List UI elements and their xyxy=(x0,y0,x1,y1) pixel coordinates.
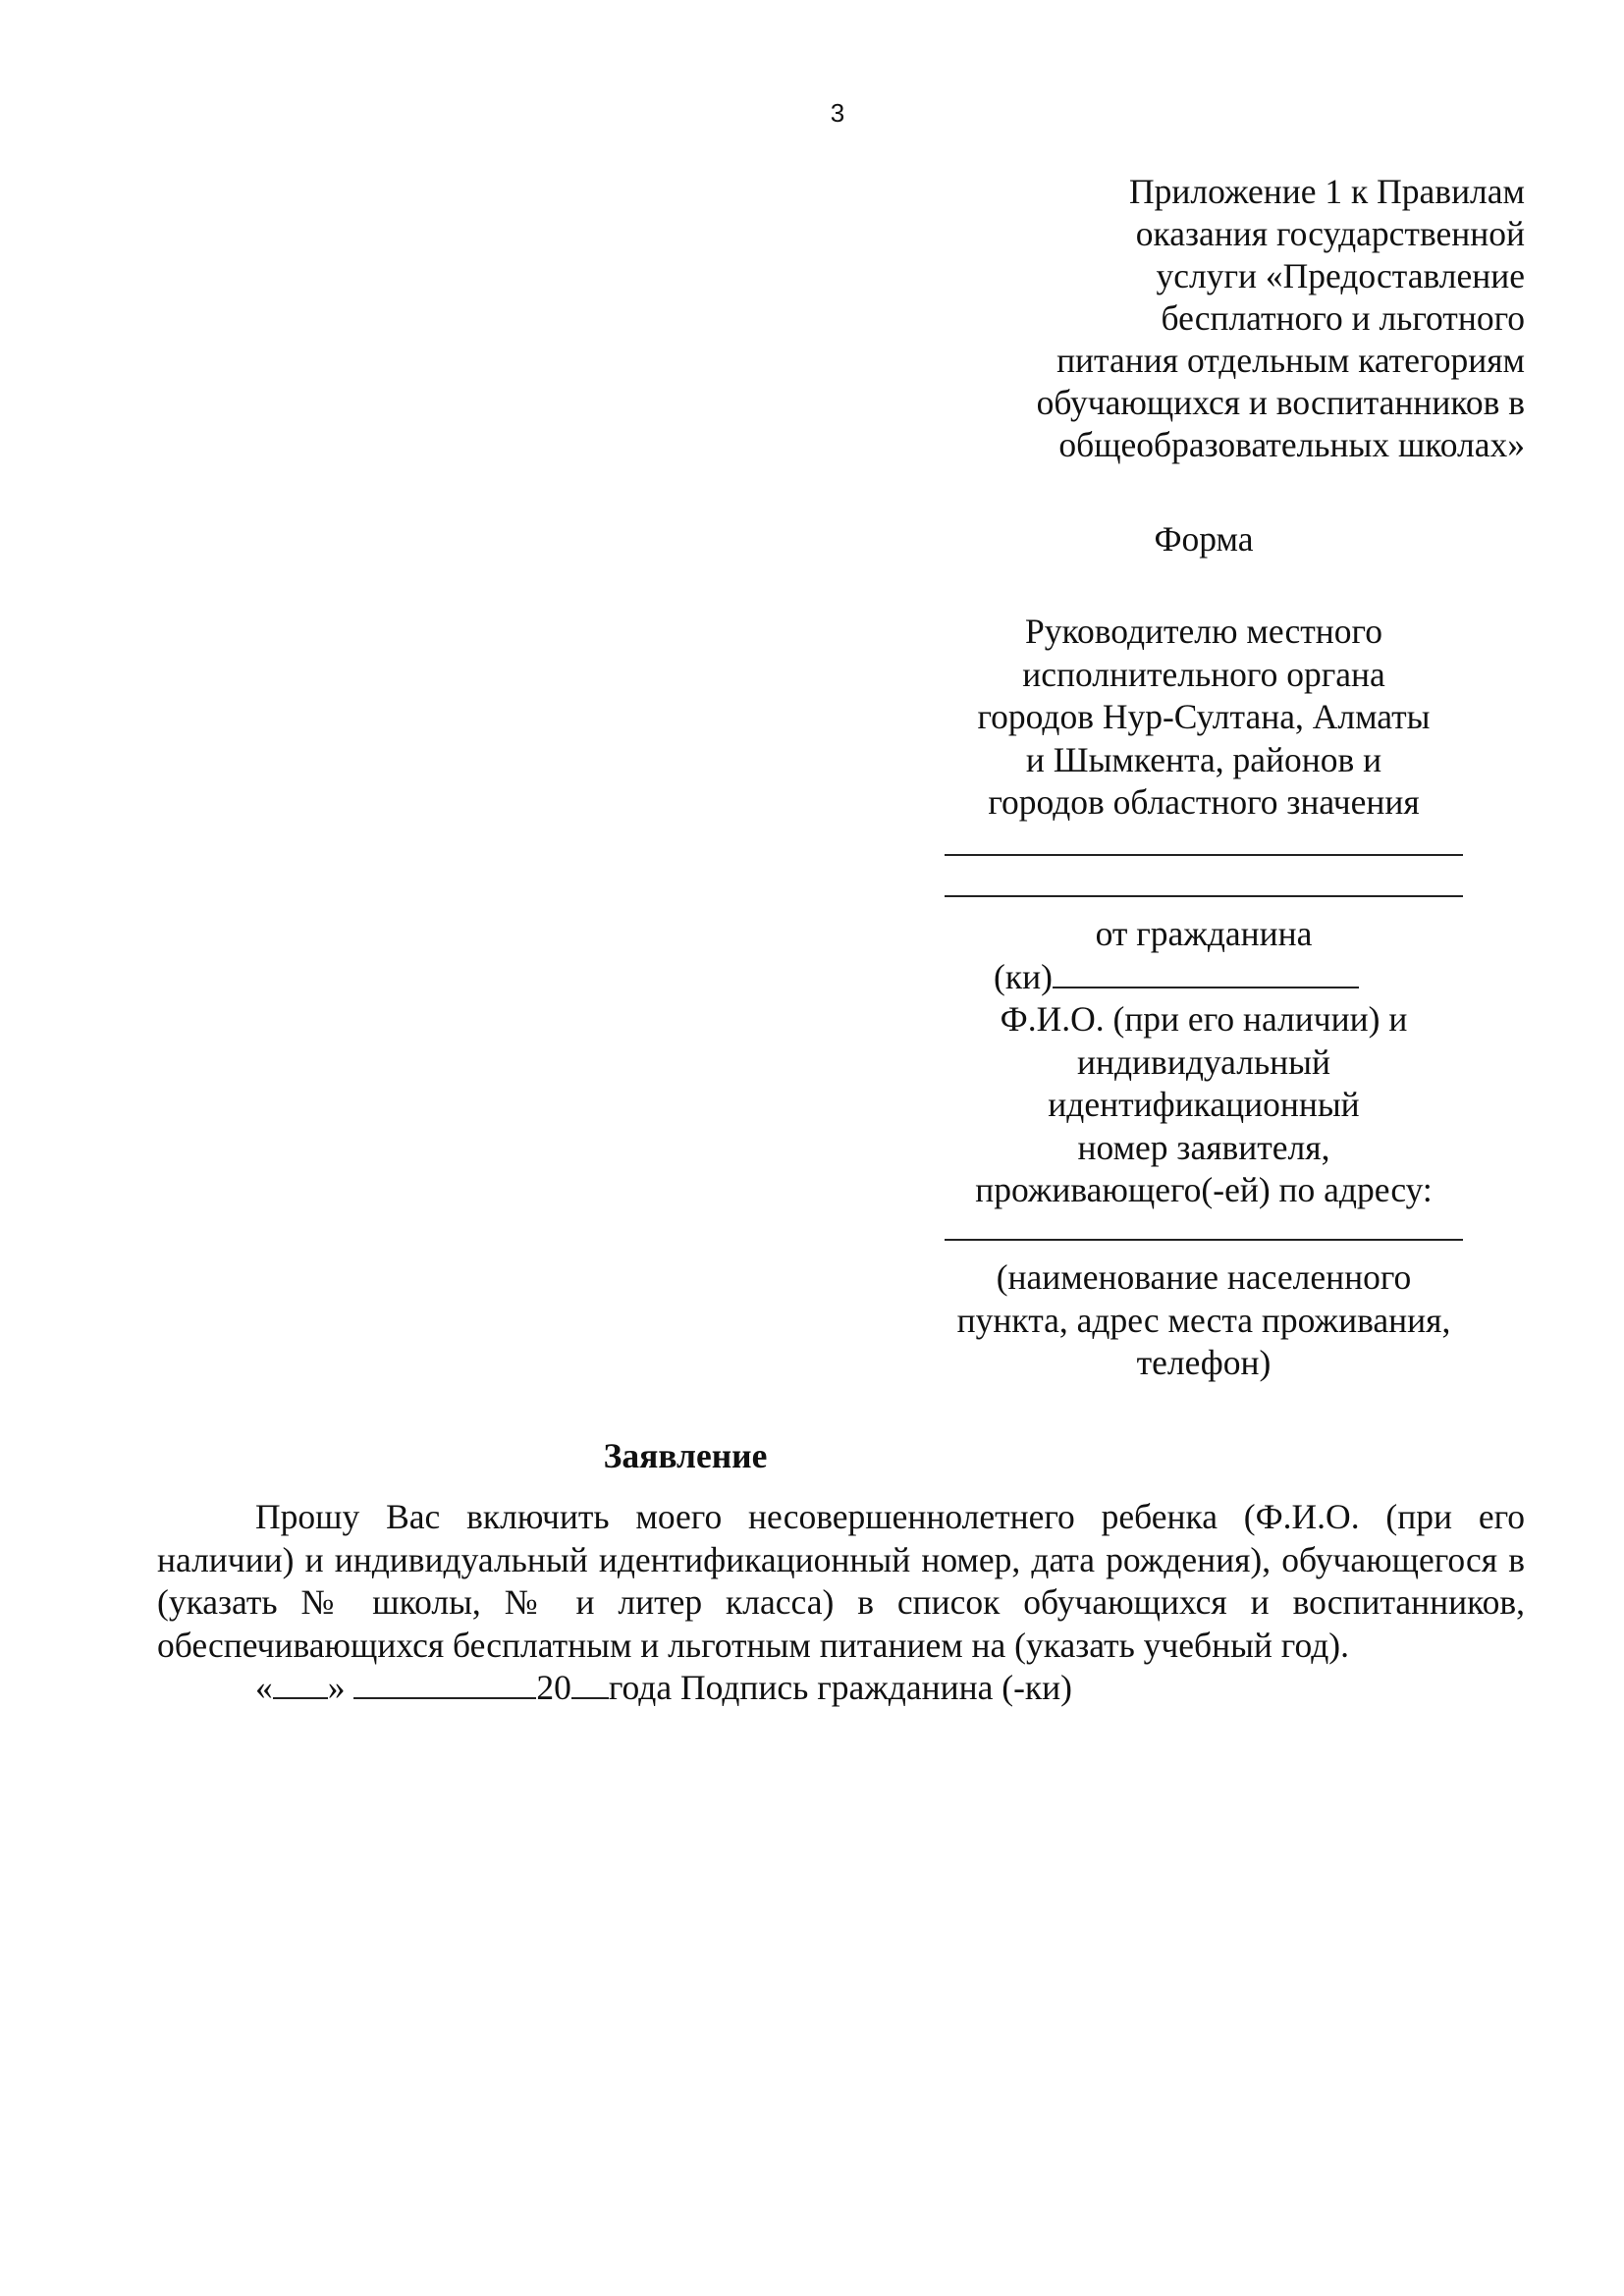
address-hint-line: телефон) xyxy=(909,1342,1498,1385)
addressee-line: Руководителю местного xyxy=(909,611,1498,654)
addressee-line: и Шымкента, районов и xyxy=(909,739,1498,782)
signature-text: года Подпись гражданина (-ки) xyxy=(609,1668,1072,1707)
applicant-name-blank[interactable] xyxy=(1053,957,1359,988)
appendix-line: Приложение 1 к Правилам xyxy=(838,171,1525,213)
date-open-quote: « xyxy=(255,1668,273,1707)
statement-title: Заявление xyxy=(489,1435,882,1477)
appendix-line: бесплатного и льготного xyxy=(838,297,1525,340)
applicant-line: проживающего(-ей) по адресу: xyxy=(909,1169,1498,1212)
address-hint-line: (наименование населенного xyxy=(909,1256,1498,1300)
appendix-line: услуги «Предоставление xyxy=(838,255,1525,297)
day-blank[interactable] xyxy=(273,1668,328,1699)
date-signature-line: «» 20года Подпись гражданина (-ки) xyxy=(255,1667,1072,1709)
addressee-block: Руководителю местного исполнительного ор… xyxy=(909,611,1498,825)
applicant-line: номер заявителя, xyxy=(909,1127,1498,1170)
addressee-name-blank-1[interactable] xyxy=(945,854,1463,856)
year-blank[interactable] xyxy=(571,1668,609,1699)
statement-body: Прошу Вас включить моего несовершеннолет… xyxy=(157,1496,1525,1667)
addressee-line: исполнительного органа xyxy=(909,654,1498,697)
applicant-line: индивидуальный xyxy=(909,1041,1498,1085)
month-blank[interactable] xyxy=(353,1668,536,1699)
ki-prefix: (ки) xyxy=(994,957,1053,996)
date-close-quote: » xyxy=(328,1668,346,1707)
addressee-line: городов областного значения xyxy=(909,781,1498,825)
addressee-line: городов Нур-Султана, Алматы xyxy=(909,696,1498,739)
ki-line: (ки) xyxy=(909,956,1498,999)
appendix-line: оказания государственной xyxy=(838,213,1525,255)
appendix-line: обучающихся и воспитанников в xyxy=(838,382,1525,424)
page-number: 3 xyxy=(823,98,852,129)
from-citizen-line: от гражданина xyxy=(909,913,1498,956)
appendix-line: питания отдельным категориям xyxy=(838,340,1525,382)
applicant-block: от гражданина (ки) Ф.И.О. (при его налич… xyxy=(909,913,1498,1212)
applicant-line: Ф.И.О. (при его наличии) и xyxy=(909,998,1498,1041)
addressee-name-blank-2[interactable] xyxy=(945,895,1463,897)
address-blank[interactable] xyxy=(945,1239,1463,1241)
year-prefix: 20 xyxy=(536,1668,571,1707)
appendix-header: Приложение 1 к Правилам оказания государ… xyxy=(838,171,1525,466)
form-label: Форма xyxy=(1007,518,1400,561)
address-hint: (наименование населенного пункта, адрес … xyxy=(909,1256,1498,1385)
appendix-line: общеобразовательных школах» xyxy=(838,424,1525,466)
applicant-line: идентификационный xyxy=(909,1084,1498,1127)
address-hint-line: пункта, адрес места проживания, xyxy=(909,1300,1498,1343)
